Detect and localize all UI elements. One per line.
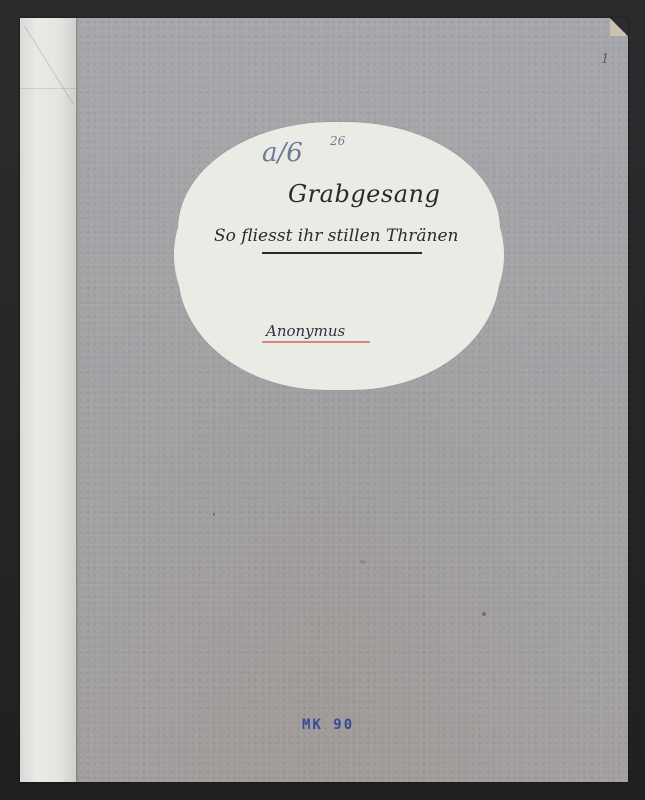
- shelfmark: a/6: [262, 138, 303, 168]
- paper-speck: [213, 513, 215, 516]
- folio-number: 1: [601, 52, 609, 67]
- title-label: [178, 122, 500, 390]
- incipit-text: So fliesst ihr stillen Thränen: [214, 226, 490, 246]
- red-pencil-underline: [262, 341, 370, 343]
- spine-crease: [24, 25, 74, 104]
- paper-spine-strip: [20, 18, 76, 782]
- library-stamp: MK 90: [302, 717, 354, 733]
- composer-name: Anonymus: [266, 322, 345, 340]
- spine-fold: [20, 88, 76, 89]
- paper-speck: [360, 560, 366, 564]
- work-title: Grabgesang: [288, 180, 440, 208]
- shelfmark-superscript: 26: [330, 134, 345, 148]
- paper-speck: [482, 612, 486, 616]
- folded-corner: [610, 18, 628, 36]
- incipit-underline: [262, 252, 422, 254]
